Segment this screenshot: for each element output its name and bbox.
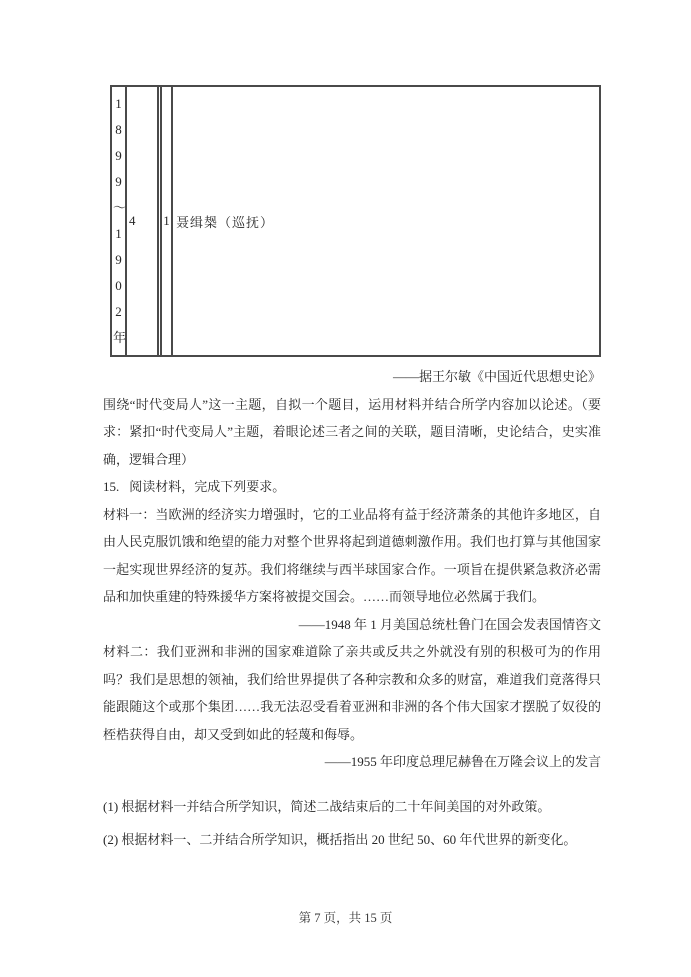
question15-intro: 阅读材料，完成下列要求。 [129,479,285,494]
material-2-text: 材料二：我们亚洲和非洲的国家难道除了亲共或反共之外就没有别的积极可为的作用吗？我… [103,638,601,748]
officials-table: 1899～1902年 4 1 聂缉椝（巡抚） [110,85,601,357]
table-cell-period: 1899～1902年 [112,87,127,355]
source-citation-wang-ermin: ——据王尔敏《中国近代思想史论》 [103,363,601,391]
exam-paper-page: 1899～1902年 4 1 聂缉椝（巡抚） ——据王尔敏《中国近代思想史论》 … [0,0,691,977]
sub-question-1: (1) 根据材料一并结合所学知识，简述二战结束后的二十年间美国的对外政策。 [103,790,601,823]
question14-prompt: 围绕“时代变局人”这一主题，自拟一个题目，运用材料并结合所学内容加以论述。（要求… [103,391,601,474]
question15-heading: 15.阅读材料，完成下列要求。 [103,473,601,501]
period-vertical-text: 1899～1902年 [113,91,124,351]
source-citation-truman-1948: ——1948 年 1 月美国总统杜鲁门在国会发表国情咨文 [103,611,601,639]
sub-question-2: (2) 根据材料一、二并结合所学知识，概括指出 20 世纪 50、60 年代世界… [103,823,601,856]
material-1-text: 材料一：当欧洲的经济实力增强时，它的工业品将有益于经济萧条的其他许多地区，自由人… [103,501,601,611]
sub-questions: (1) 根据材料一并结合所学知识，简述二战结束后的二十年间美国的对外政策。 (2… [103,790,601,856]
table-cell-seq: 1 [160,87,173,355]
table-cell-official-name: 聂缉椝（巡抚） [173,87,599,355]
table-cell-count: 4 [127,87,159,355]
page-number-footer: 第 7 页，共 15 页 [0,908,691,928]
source-citation-nehru-1955: ——1955 年印度总理尼赫鲁在万隆会议上的发言 [103,748,601,776]
page-content: 1899～1902年 4 1 聂缉椝（巡抚） ——据王尔敏《中国近代思想史论》 … [103,0,601,856]
question15-number: 15. [103,479,119,494]
